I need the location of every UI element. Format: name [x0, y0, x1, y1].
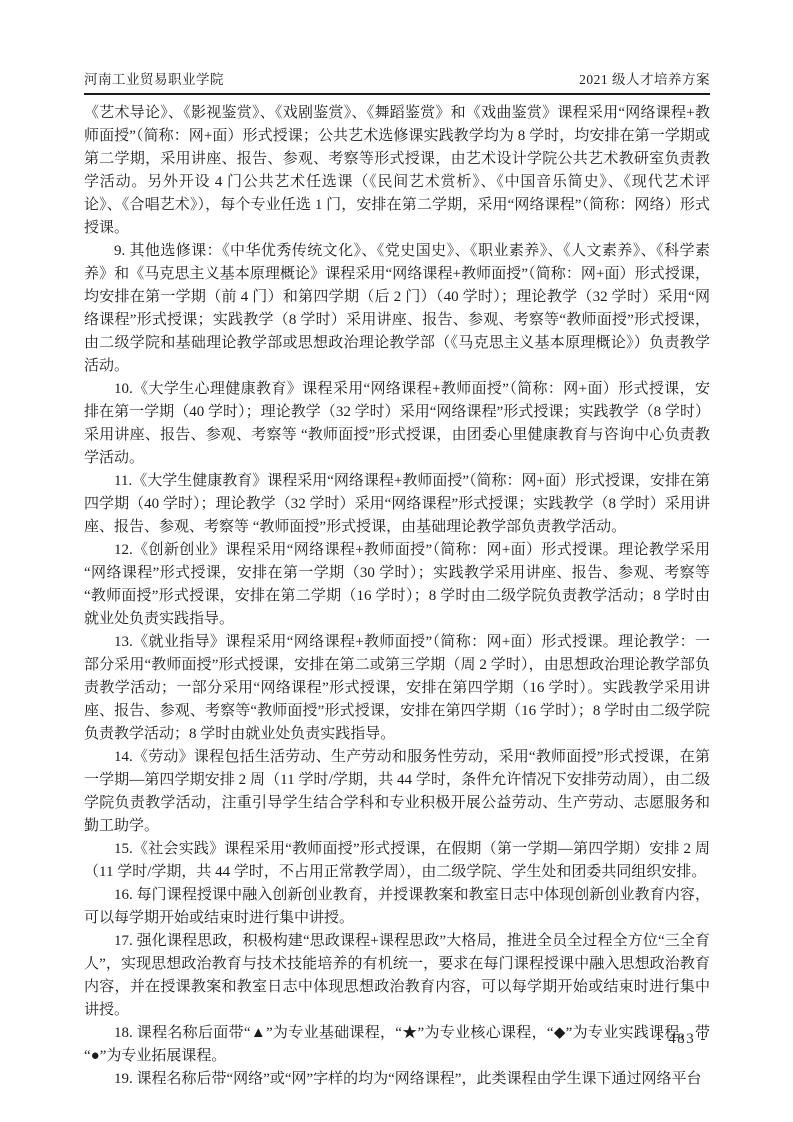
paragraph: 14.《劳动》课程包括生活劳动、生产劳动和服务性劳动，采用“教师面授”形式授课，… — [84, 746, 710, 838]
paragraph: 《艺术导论》、《影视鉴赏》、《戏剧鉴赏》、《舞蹈鉴赏》和《戏曲鉴赏》课程采用“网… — [84, 102, 710, 240]
paragraph: 10.《大学生心理健康教育》课程采用“网络课程+教师面授”（简称：网+面）形式授… — [84, 378, 710, 470]
paragraph: 17. 强化课程思政，积极构建“思政课程+课程思政”大格局，推进全员全过程全方位… — [84, 930, 710, 1022]
paragraph: 12.《创新创业》课程采用“网络课程+教师面授”（简称：网+面）形式授课。理论教… — [84, 539, 710, 631]
paragraph: 9. 其他选修课：《中华优秀传统文化》、《党史国史》、《职业素养》、《人文素养》… — [84, 240, 710, 378]
page-number: - 483 - — [657, 1031, 708, 1048]
header-school-name: 河南工业贸易职业学院 — [84, 68, 224, 88]
header-plan-title: 2021 级人才培养方案 — [579, 68, 710, 88]
page-header: 河南工业贸易职业学院 2021 级人才培养方案 — [84, 68, 710, 95]
paragraph: 19. 课程名称后带“网络”或“网”字样的均为“网络课程”，此类课程由学生课下通… — [84, 1068, 710, 1091]
document-page: 河南工业贸易职业学院 2021 级人才培养方案 《艺术导论》、《影视鉴赏》、《戏… — [0, 0, 793, 1122]
paragraph: 15.《社会实践》课程采用“教师面授”形式授课，在假期（第一学期—第四学期）安排… — [84, 838, 710, 884]
paragraph: 13.《就业指导》课程采用“网络课程+教师面授”（简称：网+面）形式授课。理论教… — [84, 631, 710, 746]
paragraph: 11.《大学生健康教育》课程采用“网络课程+教师面授”（简称：网+面）形式授课，… — [84, 470, 710, 539]
document-body: 《艺术导论》、《影视鉴赏》、《戏剧鉴赏》、《舞蹈鉴赏》和《戏曲鉴赏》课程采用“网… — [84, 102, 710, 1091]
paragraph: 16. 每门课程授课中融入创新创业教育，并授课教案和教室日志中体现创新创业教育内… — [84, 884, 710, 930]
paragraph: 18. 课程名称后面带“▲”为专业基础课程，“★”为专业核心课程，“◆”为专业实… — [84, 1022, 710, 1068]
